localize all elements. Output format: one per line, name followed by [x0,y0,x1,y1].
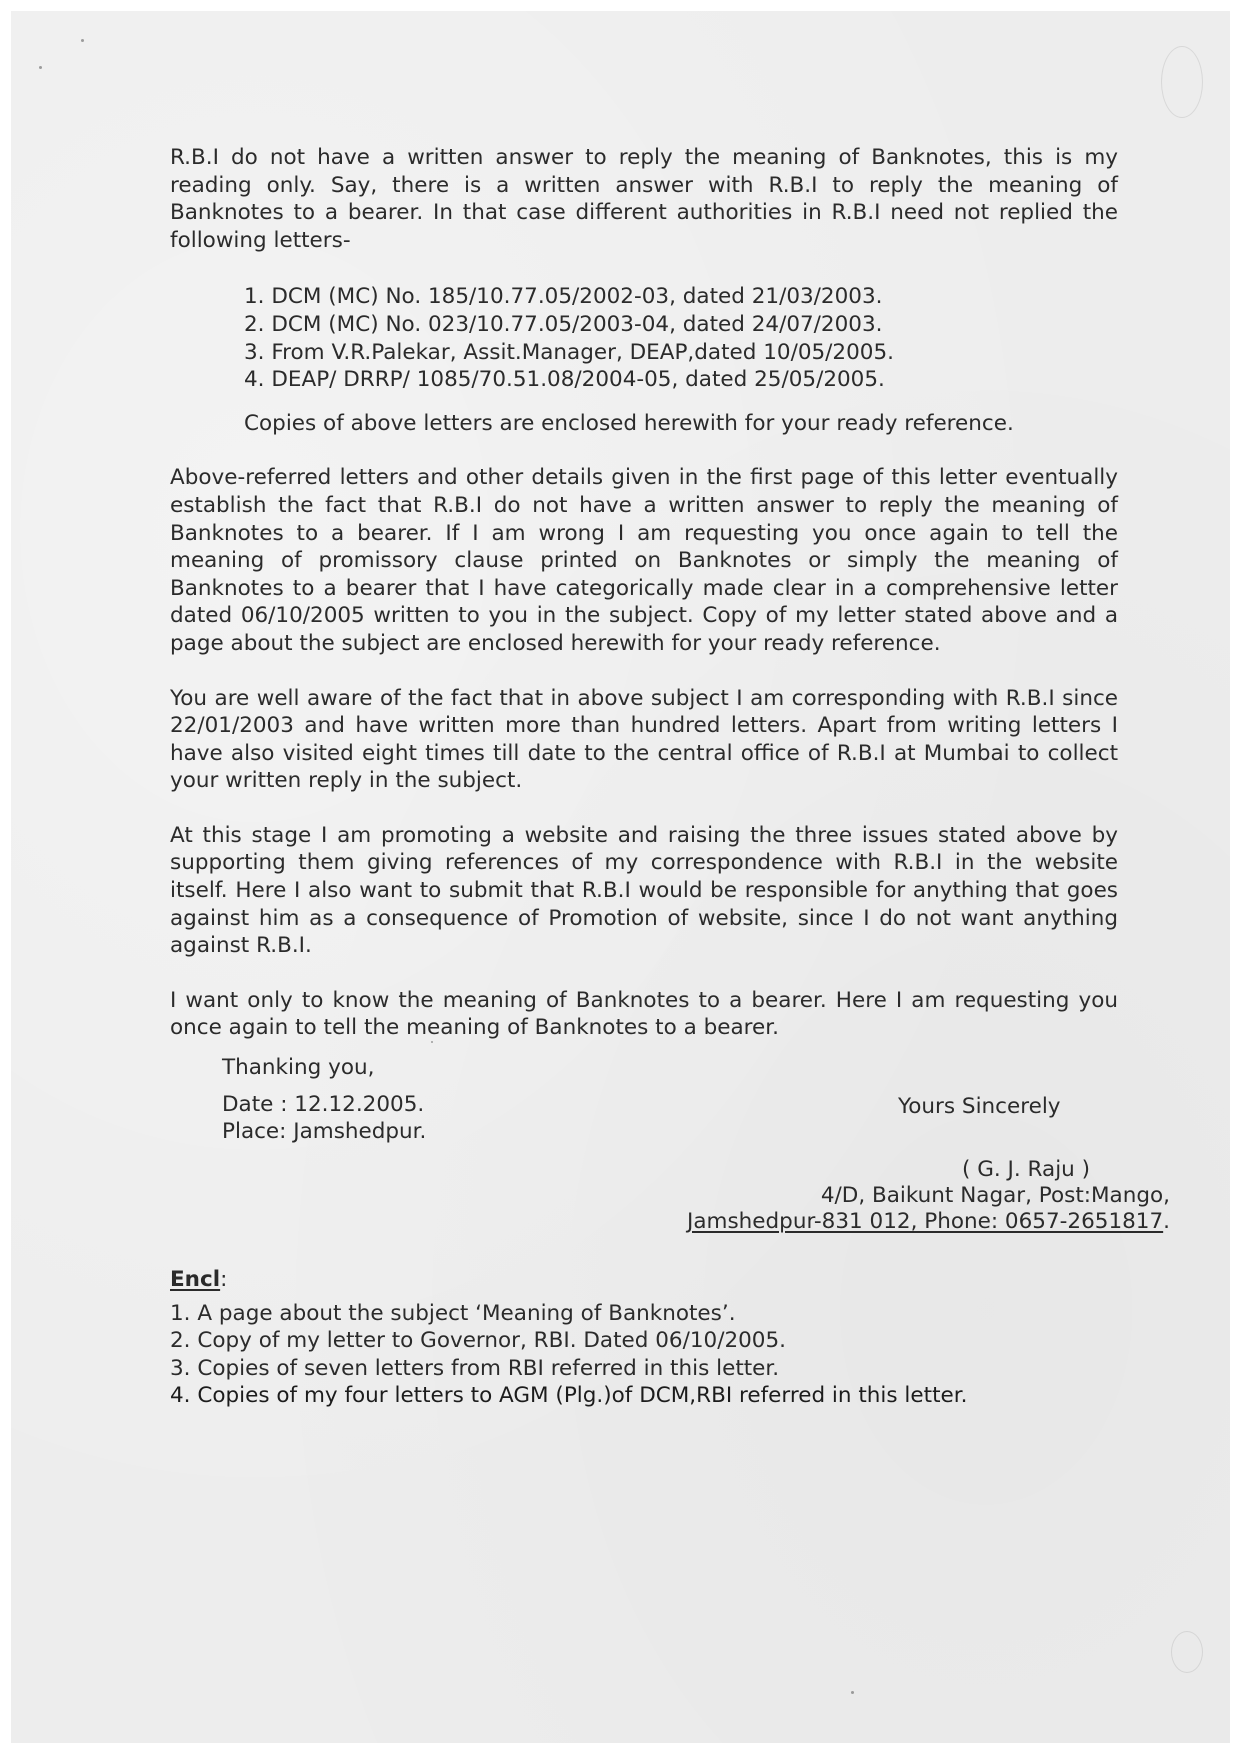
paragraph-website: At this stage I am promoting a website a… [170,822,1118,960]
enclosures-title: Encl [170,1267,220,1292]
paragraph-correspondence: You are well aware of the fact that in a… [170,685,1118,795]
list-item: 4. Copies of my four letters to AGM (Plg… [170,1382,1118,1410]
closing-block: Thanking you, Date : 12.12.2005. Place: … [222,1054,1118,1226]
enclosures-list: 1. A page about the subject ‘Meaning of … [170,1300,1118,1410]
address-line-1: 4/D, Baikunt Nagar, Post:Mango, [821,1182,1170,1210]
address-phone-underlined: Jamshedpur-831 012, Phone: 0657-2651817 [687,1209,1163,1234]
enclosures-heading: Encl: [170,1266,1118,1294]
scan-speck [81,39,84,42]
scan-speck [39,66,42,69]
list-item: 1. A page about the subject ‘Meaning of … [170,1300,1118,1328]
list-item: 3. From V.R.Palekar, Assit.Manager, DEAP… [244,339,1118,367]
enclosures-colon: : [220,1267,227,1292]
paragraph-intro: R.B.I do not have a written answer to re… [170,144,1118,254]
paragraph-request: I want only to know the meaning of Bankn… [170,987,1118,1042]
valediction: Yours Sincerely [898,1093,1061,1121]
place-line: Place: Jamshedpur. [222,1118,426,1146]
address-end-period: . [1163,1209,1170,1234]
pencil-mark [1161,46,1203,118]
list-item: 1. DCM (MC) No. 185/10.77.05/2002-03, da… [244,283,1118,311]
scan-speck [851,1691,854,1694]
copies-note: Copies of above letters are enclosed her… [244,410,1118,438]
list-item: 3. Copies of seven letters from RBI refe… [170,1355,1118,1383]
address-line-2: Jamshedpur-831 012, Phone: 0657-2651817. [687,1208,1170,1236]
thanks-line: Thanking you, [222,1054,374,1082]
pencil-mark [1171,1631,1203,1673]
date-line: Date : 12.12.2005. [222,1091,424,1119]
signatory-name: ( G. J. Raju ) [962,1156,1090,1184]
paragraph-above-referred: Above-referred letters and other details… [170,464,1118,657]
list-item: 4. DEAP/ DRRP/ 1085/70.51.08/2004-05, da… [244,366,1118,394]
letter-body: R.B.I do not have a written answer to re… [170,144,1118,1410]
list-item: 2. Copy of my letter to Governor, RBI. D… [170,1327,1118,1355]
enclosures-section: Encl: 1. A page about the subject ‘Meani… [170,1266,1118,1410]
referenced-letters-list: 1. DCM (MC) No. 185/10.77.05/2002-03, da… [244,283,1118,393]
list-item: 2. DCM (MC) No. 023/10.77.05/2003-04, da… [244,311,1118,339]
